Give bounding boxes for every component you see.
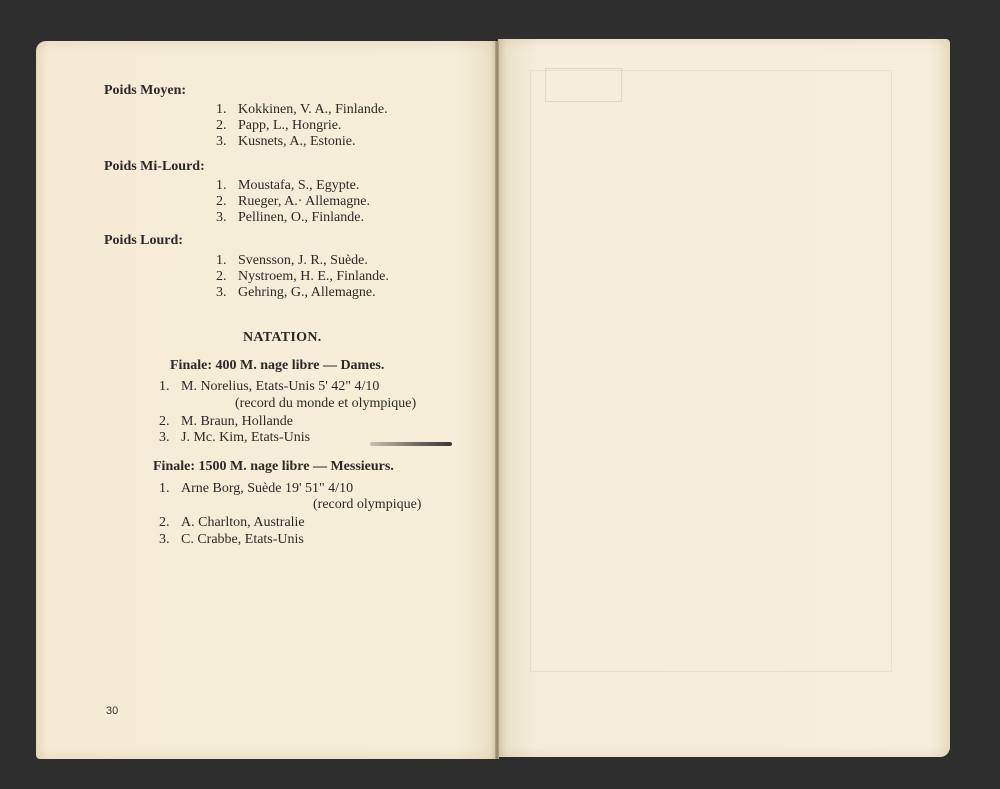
separator-rule (370, 442, 452, 446)
book-spine (495, 41, 499, 759)
result-row: 2.M. Braun, Hollande (159, 414, 293, 430)
result-row: 3.Pellinen, O., Finlande. (216, 210, 364, 226)
result-row: 1.Svensson, J. R., Suède. (216, 253, 368, 269)
result-row: 3.J. Mc. Kim, Etats-Unis (159, 430, 310, 446)
result-row: 1.Moustafa, S., Egypte. (216, 178, 359, 194)
result-row: 2.Nystroem, H. E., Finlande. (216, 269, 389, 285)
page-number: 30 (106, 705, 118, 717)
record-note: (record olympique) (313, 497, 421, 513)
section-title-natation: NATATION. (243, 330, 322, 346)
result-row: 1.M. Norelius, Etats-Unis 5' 42" 4/10 (159, 379, 379, 395)
event-heading-1500m: Finale: 1500 M. nage libre — Messieurs. (153, 459, 394, 475)
bleed-through-frame (530, 70, 892, 672)
record-note: (record du monde et olympique) (235, 396, 416, 412)
result-row: 3.Kusnets, A., Estonie. (216, 134, 355, 150)
result-row: 2.Papp, L., Hongrie. (216, 118, 341, 134)
event-heading-400m: Finale: 400 M. nage libre — Dames. (170, 358, 384, 374)
result-row: 3.C. Crabbe, Etats-Unis (159, 532, 304, 548)
result-row: 2.A. Charlton, Australie (159, 515, 305, 531)
heading-poids-moyen: Poids Moyen: (104, 83, 186, 99)
heading-poids-mi-lourd: Poids Mi-Lourd: (104, 159, 205, 175)
result-row: 2.Rueger, A.· Allemagne. (216, 194, 370, 210)
bleed-through-stamp (545, 68, 622, 102)
heading-poids-lourd: Poids Lourd: (104, 233, 183, 249)
result-row: 1.Arne Borg, Suède 19' 51" 4/10 (159, 481, 353, 497)
result-row: 1.Kokkinen, V. A., Finlande. (216, 102, 388, 118)
result-row: 3.Gehring, G., Allemagne. (216, 285, 376, 301)
